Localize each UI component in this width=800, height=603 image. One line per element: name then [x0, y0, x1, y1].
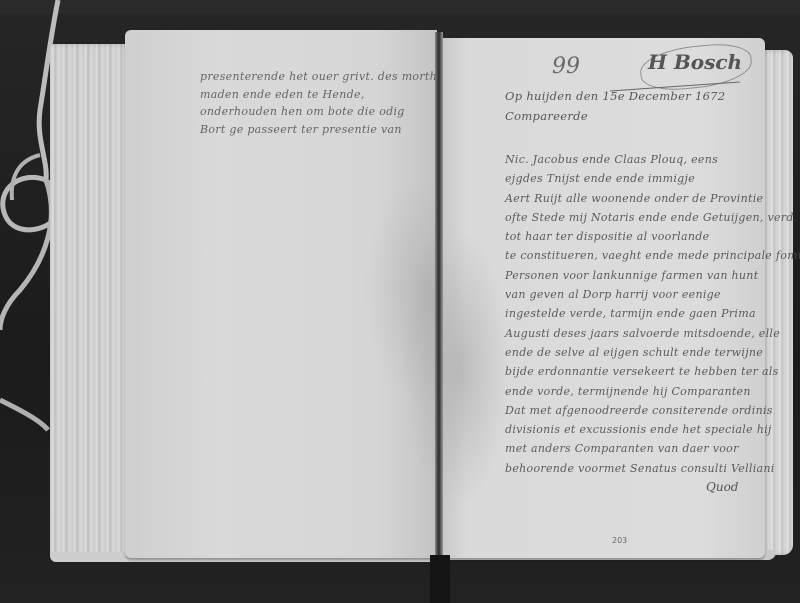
text-line: te constitueren, vaeght ende mede princi…	[505, 246, 800, 265]
right-page-body: Nic. Jacobus ende Claas Plouq, eens ejgd…	[505, 150, 800, 478]
text-line: Dat met afgenoodreerde consiterende ordi…	[505, 401, 800, 420]
text-line: ejgdes Tnijst ende ende immigje	[505, 169, 800, 188]
notary-signature: H Bosch	[648, 50, 742, 74]
text-line: divisionis et excussionis ende het speci…	[505, 420, 800, 439]
text-line: bijde erdonnantie versekeert te hebben t…	[505, 362, 800, 381]
text-line: met anders Comparanten van daer voor	[505, 439, 800, 458]
text-line: onderhouden hen om bote die odig	[200, 103, 437, 121]
text-line: Bort ge passeert ter presentie van	[200, 121, 437, 139]
text-line: behoorende voormet Senatus consulti Vell…	[505, 459, 800, 478]
text-line: ingestelde verde, tarmijn ende gaen Prim…	[505, 304, 800, 323]
entry-heading: Op huijden den 15e December 1672 Compare…	[505, 86, 725, 126]
heading-line: Compareerde	[505, 106, 725, 126]
text-line: presenterende het ouer grivt. des morth	[200, 68, 437, 86]
left-page-text: presenterende het ouer grivt. des morth …	[200, 68, 437, 138]
text-line: ofte Stede mij Notaris ende ende Getuijg…	[505, 208, 800, 227]
text-line: tot haar ter dispositie al voorlande	[505, 227, 800, 246]
text-line: Nic. Jacobus ende Claas Plouq, eens	[505, 150, 800, 169]
text-line: Augusti deses jaars salvoerde mitsdoende…	[505, 324, 800, 343]
text-line: ende de selve al eijgen schult ende terw…	[505, 343, 800, 362]
spine-shadow	[430, 555, 450, 603]
closing-mark: Quod	[706, 480, 738, 494]
text-line: Aert Ruijt alle woonende onder de Provin…	[505, 189, 800, 208]
text-line: ende vorde, termijnende hij Comparanten	[505, 382, 800, 401]
top-shadow-band	[0, 0, 800, 14]
folio-number: 99	[552, 54, 580, 79]
text-line: van geven al Dorp harrij voor eenige	[505, 285, 800, 304]
page-footer-number: 203	[612, 536, 627, 545]
text-line: maden ende eden te Hende,	[200, 86, 437, 104]
heading-line: Op huijden den 15e December 1672	[505, 86, 725, 106]
text-line: Personen voor lankunnige farmen van hunt	[505, 266, 800, 285]
